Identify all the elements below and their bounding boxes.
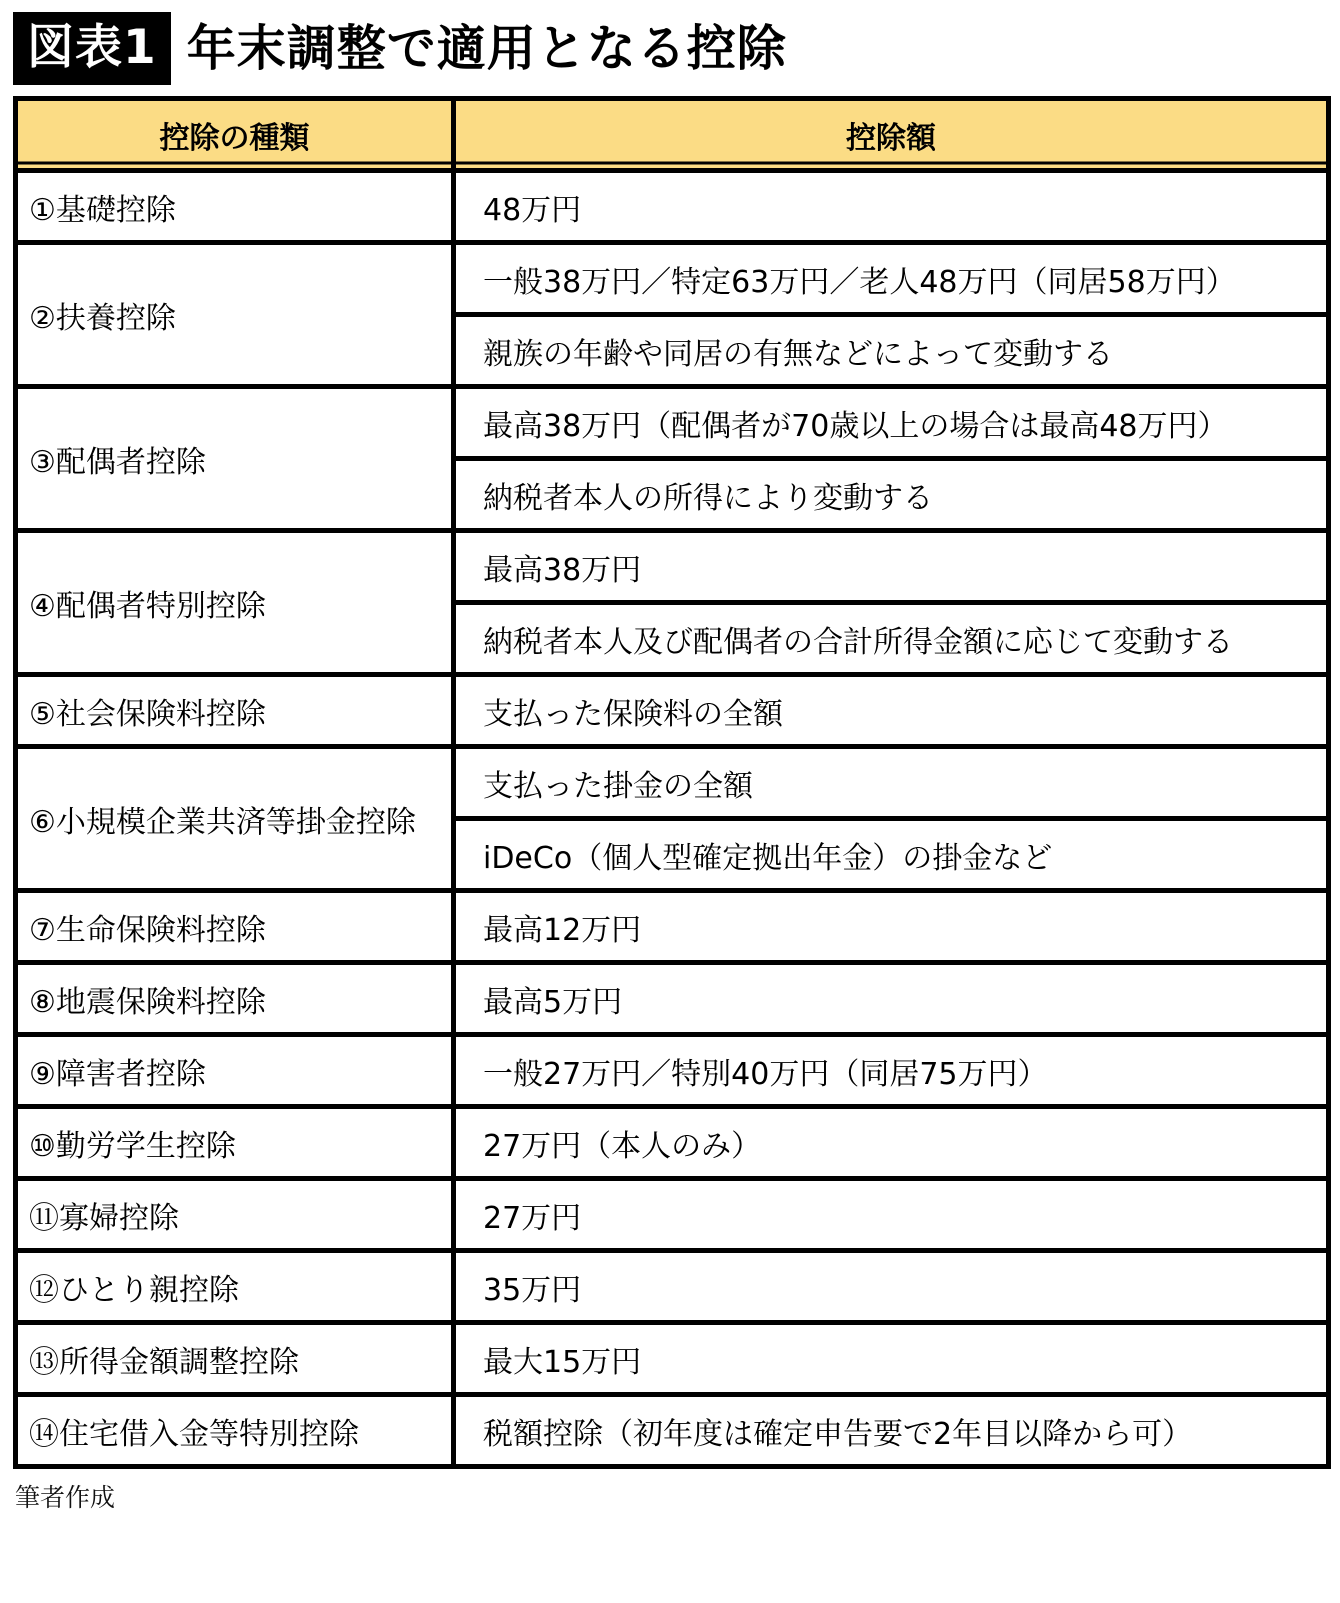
deduction-amount-cell: 支払った保険料の全額 (454, 675, 1329, 747)
table-row: ⑤社会保険料控除 支払った保険料の全額 (16, 675, 1329, 747)
deduction-type-cell: ③配偶者控除 (16, 387, 454, 531)
deduction-amount-cell: 親族の年齢や同居の有無などによって変動する (454, 315, 1329, 387)
deduction-amount-cell: 27万円 (454, 1179, 1329, 1251)
deduction-amount-cell: iDeCo（個人型確定拠出年金）の掛金など (454, 819, 1329, 891)
deduction-type-cell: ⑪寡婦控除 (16, 1179, 454, 1251)
deduction-amount-cell: 27万円（本人のみ） (454, 1107, 1329, 1179)
table-row: ③配偶者控除 最高38万円（配偶者が70歳以上の場合は最高48万円） (16, 387, 1329, 459)
deduction-amount-cell: 一般27万円／特別40万円（同居75万円） (454, 1035, 1329, 1107)
deduction-type-cell: ⑤社会保険料控除 (16, 675, 454, 747)
source-note: 筆者作成 (13, 1478, 1327, 1514)
deduction-amount-cell: 35万円 (454, 1251, 1329, 1323)
deduction-amount-cell: 最大15万円 (454, 1323, 1329, 1395)
deduction-amount-cell: 納税者本人及び配偶者の合計所得金額に応じて変動する (454, 603, 1329, 675)
table-row: ⑦生命保険料控除 最高12万円 (16, 891, 1329, 963)
table-header-row: 控除の種類 控除額 (16, 99, 1329, 171)
deduction-amount-cell: 一般38万円／特定63万円／老人48万円（同居58万円） (454, 243, 1329, 315)
page: 図表1 年末調整で適用となる控除 控除の種類 控除額 ①基礎控除 48万円 ②扶… (0, 0, 1340, 1603)
deduction-amount-cell: 納税者本人の所得により変動する (454, 459, 1329, 531)
table-row: ⑥小規模企業共済等掛金控除 支払った掛金の全額 (16, 747, 1329, 819)
deduction-type-cell: ⑩勤労学生控除 (16, 1107, 454, 1179)
table-row: ⑫ひとり親控除 35万円 (16, 1251, 1329, 1323)
header-deduction-type: 控除の種類 (16, 99, 454, 171)
deduction-type-cell: ⑧地震保険料控除 (16, 963, 454, 1035)
table-row: ④配偶者特別控除 最高38万円 (16, 531, 1329, 603)
deduction-type-cell: ④配偶者特別控除 (16, 531, 454, 675)
deduction-type-cell: ②扶養控除 (16, 243, 454, 387)
deduction-type-cell: ⑬所得金額調整控除 (16, 1323, 454, 1395)
deduction-type-cell: ⑭住宅借入金等特別控除 (16, 1395, 454, 1467)
deduction-amount-cell: 最高5万円 (454, 963, 1329, 1035)
deduction-amount-cell: 税額控除（初年度は確定申告要で2年目以降から可） (454, 1395, 1329, 1467)
table-row: ⑬所得金額調整控除 最大15万円 (16, 1323, 1329, 1395)
header-deduction-amount: 控除額 (454, 99, 1329, 171)
deduction-type-cell: ⑫ひとり親控除 (16, 1251, 454, 1323)
table-row: ⑧地震保険料控除 最高5万円 (16, 963, 1329, 1035)
deduction-amount-cell: 支払った掛金の全額 (454, 747, 1329, 819)
deduction-amount-cell: 48万円 (454, 171, 1329, 243)
deduction-amount-cell: 最高38万円（配偶者が70歳以上の場合は最高48万円） (454, 387, 1329, 459)
deduction-type-cell: ①基礎控除 (16, 171, 454, 243)
deduction-amount-cell: 最高38万円 (454, 531, 1329, 603)
figure-badge: 図表1 (13, 12, 171, 85)
page-title: 年末調整で適用となる控除 (187, 24, 787, 73)
table-row: ②扶養控除 一般38万円／特定63万円／老人48万円（同居58万円） (16, 243, 1329, 315)
table-row: ⑩勤労学生控除 27万円（本人のみ） (16, 1107, 1329, 1179)
deductions-table: 控除の種類 控除額 ①基礎控除 48万円 ②扶養控除 一般38万円／特定63万円… (13, 96, 1331, 1469)
table-row: ⑨障害者控除 一般27万円／特別40万円（同居75万円） (16, 1035, 1329, 1107)
deduction-type-cell: ⑨障害者控除 (16, 1035, 454, 1107)
table-row: ①基礎控除 48万円 (16, 171, 1329, 243)
deduction-type-cell: ⑦生命保険料控除 (16, 891, 454, 963)
title-row: 図表1 年末調整で適用となる控除 (13, 8, 1327, 88)
deduction-type-cell: ⑥小規模企業共済等掛金控除 (16, 747, 454, 891)
table-row: ⑪寡婦控除 27万円 (16, 1179, 1329, 1251)
deduction-amount-cell: 最高12万円 (454, 891, 1329, 963)
table-row: ⑭住宅借入金等特別控除 税額控除（初年度は確定申告要で2年目以降から可） (16, 1395, 1329, 1467)
